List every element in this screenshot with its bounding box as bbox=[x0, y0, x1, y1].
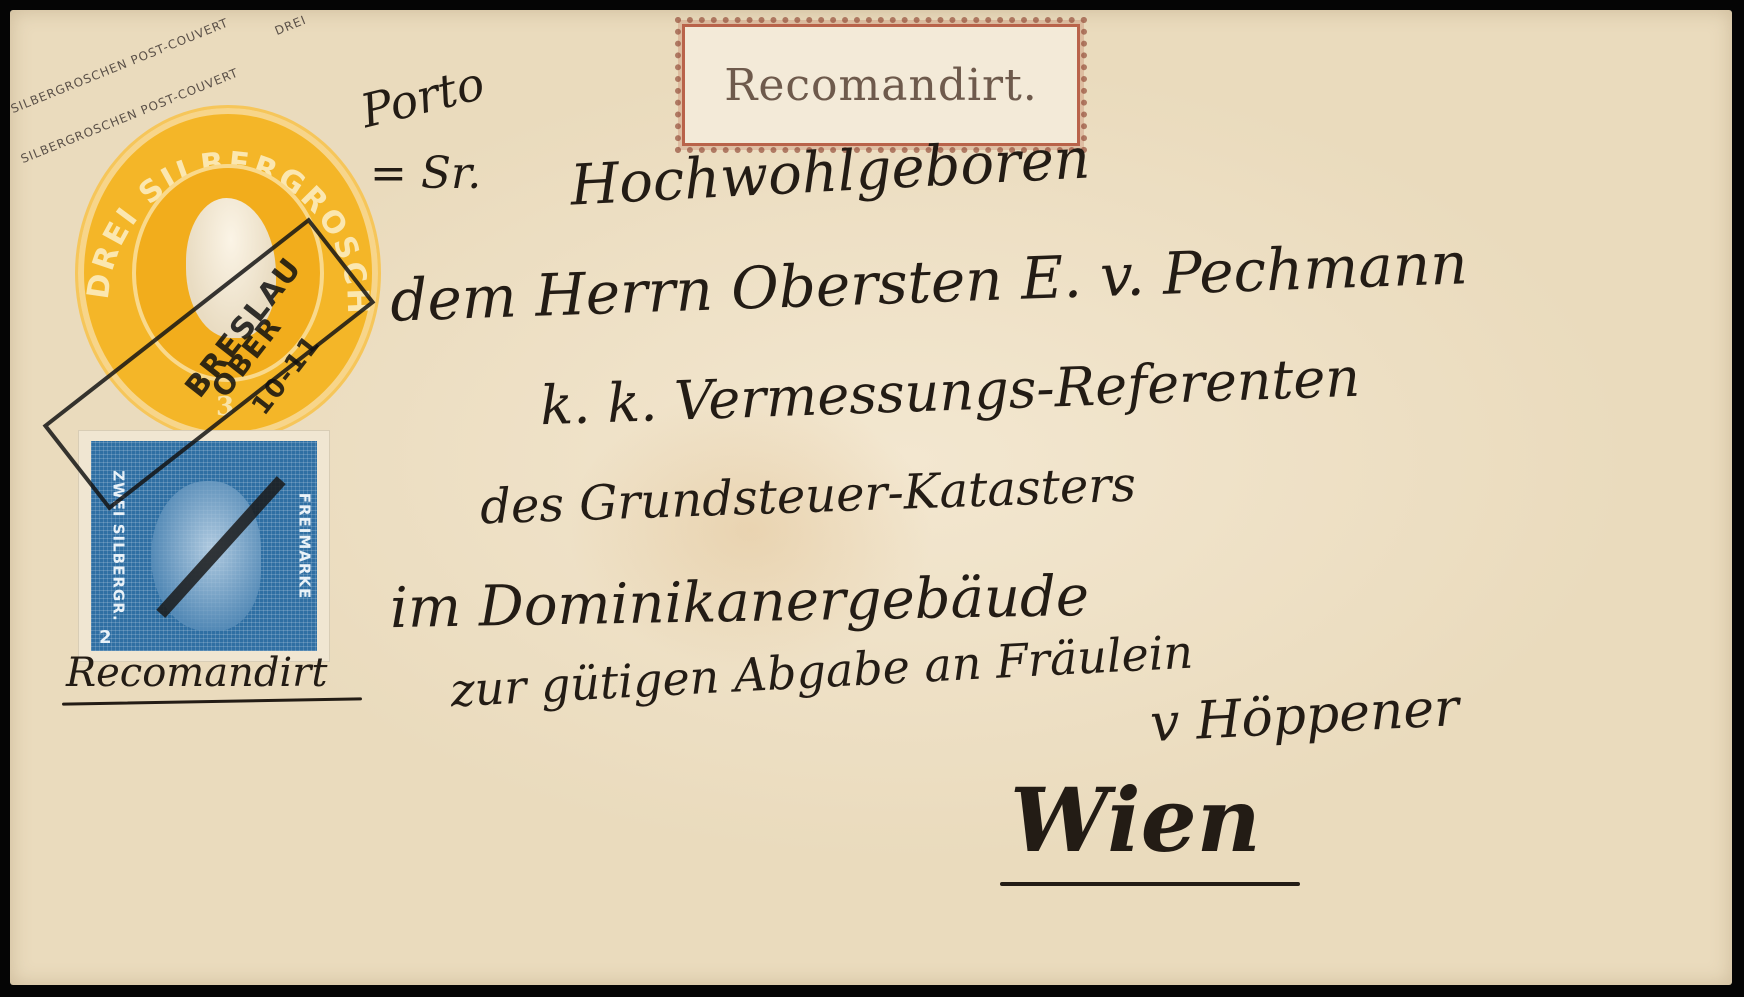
handwritten-address-line-6: v Höppener bbox=[1149, 678, 1461, 754]
handwritten-registered-note: Recomandirt bbox=[66, 650, 327, 696]
handwritten-porto: Porto bbox=[355, 56, 489, 139]
handwritten-address-line-3: des Grundsteuer-Katasters bbox=[479, 457, 1137, 536]
registered-label-text: Recomandirt. bbox=[724, 60, 1038, 111]
stamp-value: 2 bbox=[99, 627, 113, 648]
stamp-right-text: FREIMARKE bbox=[295, 493, 313, 600]
handwritten-address-line-4: im Dominikanergebäude bbox=[389, 564, 1089, 641]
handwritten-city: Wien bbox=[1010, 768, 1261, 872]
registered-note-underline bbox=[62, 697, 362, 705]
handwritten-address-line-5: zur gütigen Abgabe an Fräulein bbox=[449, 625, 1194, 718]
envelope: SILBERGROSCHEN POST-COUVERT SILBERGROSCH… bbox=[10, 10, 1732, 985]
preprinted-header-1: SILBERGROSCHEN POST-COUVERT bbox=[9, 16, 231, 116]
handwritten-address-line-1: dem Herrn Obersten E. v. Pechmann bbox=[389, 229, 1469, 335]
registered-label: Recomandirt. bbox=[682, 24, 1080, 146]
handwritten-salutation-prefix: = Sr. bbox=[370, 148, 481, 199]
preprinted-header-3: DREI bbox=[273, 13, 309, 38]
city-underline bbox=[1000, 882, 1300, 886]
handwritten-address-line-2: k. k. Vermessungs-Referenten bbox=[539, 346, 1361, 438]
handwritten-salutation: Hochwohlgeboren bbox=[569, 126, 1092, 218]
